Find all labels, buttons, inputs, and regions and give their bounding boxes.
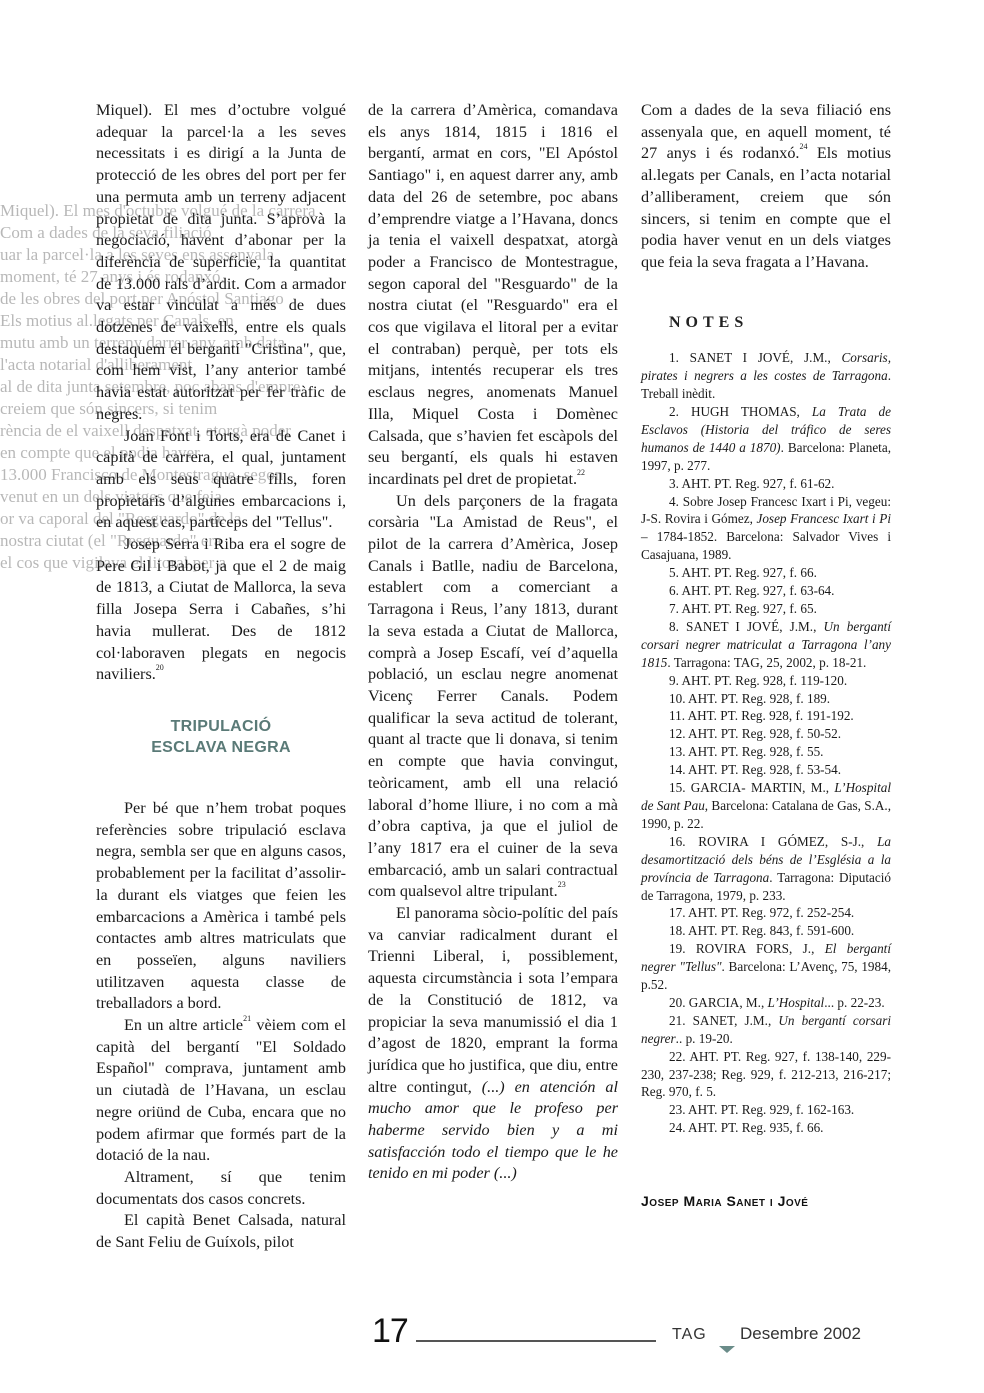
note-item: 21. SANET, J.M., Un bergantí corsari neg… — [641, 1012, 891, 1048]
note-item: 1. SANET I JOVÉ, J.M., Corsaris, pirates… — [641, 349, 891, 403]
paragraph: Joan Font i Torts, era de Canet i capità… — [96, 426, 346, 535]
note-text: 16. ROVIRA I GÓMEZ, S-J., — [669, 834, 877, 849]
note-item: 24. AHT. PT. Reg. 935, f. 66. — [641, 1119, 891, 1137]
note-text: 14. AHT. PT. Reg. 928, f. 53-54. — [669, 762, 841, 777]
note-text: 18. AHT. PT. Reg. 843, f. 591-600. — [669, 923, 854, 938]
footnote-ref: 23 — [558, 880, 566, 889]
note-text: 15. GARCIA- MARTIN, M., — [669, 780, 834, 795]
magazine-name: TAG — [672, 1326, 707, 1344]
note-item: 8. SANET I JOVÉ, J.M., Un bergantí corsa… — [641, 618, 891, 672]
note-text: 3. AHT. PT. Reg. 927, f. 61-62. — [669, 476, 834, 491]
paragraph: El capità Benet Calsada, natural de Sant… — [96, 1210, 346, 1253]
note-item: 17. AHT. PT. Reg. 972, f. 252-254. — [641, 904, 891, 922]
note-text: 9. AHT. PT. Reg. 928, f. 119-120. — [669, 673, 847, 688]
note-text: 2. HUGH THOMAS, — [669, 404, 812, 419]
section-heading: TRIPULACIÓ ESCLAVA NEGRA — [96, 716, 346, 758]
paragraph: Un dels parçoners de la fragata corsària… — [368, 491, 618, 903]
note-item: 22. AHT. PT. Reg. 927, f. 138-140, 229-2… — [641, 1048, 891, 1102]
note-item: 3. AHT. PT. Reg. 927, f. 61-62. — [641, 475, 891, 493]
note-text: 24. AHT. PT. Reg. 935, f. 66. — [669, 1120, 823, 1135]
note-title-italic: Josep Francesc Ixart i Pi — [756, 511, 891, 526]
paragraph: En un altre article21 vèiem com el capit… — [96, 1015, 346, 1167]
note-text: 5. AHT. PT. Reg. 927, f. 66. — [669, 565, 817, 580]
notes-list: 1. SANET I JOVÉ, J.M., Corsaris, pirates… — [641, 349, 891, 1137]
paragraph: Com a dades de la seva filiació ens asse… — [641, 100, 891, 274]
note-text: 17. AHT. PT. Reg. 972, f. 252-254. — [669, 905, 854, 920]
note-item: 19. ROVIRA FORS, J., El bergantí negrer … — [641, 940, 891, 994]
note-item: 5. AHT. PT. Reg. 927, f. 66. — [641, 564, 891, 582]
note-item: 12. AHT. PT. Reg. 928, f. 50-52. — [641, 725, 891, 743]
note-item: 16. ROVIRA I GÓMEZ, S-J., La desamortitz… — [641, 833, 891, 905]
note-text: .. p. 19-20. — [676, 1031, 733, 1046]
author-signature: Josep Maria Sanet i Jové — [641, 1191, 891, 1213]
note-item: 10. AHT. PT. Reg. 928, f. 189. — [641, 690, 891, 708]
note-text: 19. ROVIRA FORS, J., — [669, 941, 825, 956]
issue-date: Desembre 2002 — [740, 1324, 861, 1344]
article-column-1: Miquel). El mes d’octubre volgué adequar… — [96, 100, 346, 1254]
note-item: 2. HUGH THOMAS, La Trata de Esclavos (Hi… — [641, 403, 891, 475]
note-item: 4. Sobre Josep Francesc Ixart i Pi, vege… — [641, 493, 891, 565]
page-number: 17 — [372, 1312, 408, 1351]
note-text: 13. AHT. PT. Reg. 928, f. 55. — [669, 744, 823, 759]
note-text: 22. AHT. PT. Reg. 927, f. 138-140, 229-2… — [641, 1049, 891, 1100]
note-text: 1. SANET I JOVÉ, J.M., — [669, 350, 842, 365]
note-text: . Tarragona: TAG, 25, 2002, p. 18-21. — [667, 655, 866, 670]
paragraph: Josep Serra i Riba era el sogre de Pere … — [96, 534, 346, 686]
triangle-marker-icon — [719, 1346, 735, 1353]
note-text: 12. AHT. PT. Reg. 928, f. 50-52. — [669, 726, 841, 741]
paragraph: Altrament, sí que tenim documentats dos … — [96, 1167, 346, 1210]
note-text: 11. AHT. PT. Reg. 928, f. 191-192. — [669, 708, 854, 723]
note-item: 13. AHT. PT. Reg. 928, f. 55. — [641, 743, 891, 761]
paragraph: Per bé que n’hem trobat poques referènci… — [96, 798, 346, 1015]
note-item: 11. AHT. PT. Reg. 928, f. 191-192. — [641, 707, 891, 725]
footnote-ref: 22 — [577, 468, 585, 477]
article-column-3: Com a dades de la seva filiació ens asse… — [641, 100, 891, 1213]
note-item: 15. GARCIA- MARTIN, M., L’Hospital de Sa… — [641, 779, 891, 833]
page-footer: 17 TAG Desembre 2002 — [372, 1312, 892, 1352]
note-item: 20. GARCIA, M., L’Hospital... p. 22-23. — [641, 994, 891, 1012]
paragraph: de la carrera d’Amèrica, comandava els a… — [368, 100, 618, 491]
note-item: 6. AHT. PT. Reg. 927, f. 63-64. — [641, 582, 891, 600]
note-text: – 1784-1852. Barcelona: Salvador Vives i… — [641, 529, 891, 562]
footer-rule — [416, 1340, 656, 1342]
note-text: 21. SANET, J.M., — [669, 1013, 778, 1028]
note-item: 23. AHT. PT. Reg. 929, f. 162-163. — [641, 1101, 891, 1119]
note-title-italic: L’Hospital — [768, 995, 825, 1010]
note-text: 23. AHT. PT. Reg. 929, f. 162-163. — [669, 1102, 854, 1117]
footnote-ref: 20 — [156, 663, 164, 672]
note-text: 6. AHT. PT. Reg. 927, f. 63-64. — [669, 583, 834, 598]
note-item: 9. AHT. PT. Reg. 928, f. 119-120. — [641, 672, 891, 690]
note-text: 8. SANET I JOVÉ, J.M., — [669, 619, 824, 634]
footnote-ref: 21 — [243, 1014, 251, 1023]
note-text: 7. AHT. PT. Reg. 927, f. 65. — [669, 601, 817, 616]
note-item: 7. AHT. PT. Reg. 927, f. 65. — [641, 600, 891, 618]
article-column-2: de la carrera d’Amèrica, comandava els a… — [368, 100, 618, 1185]
note-item: 18. AHT. PT. Reg. 843, f. 591-600. — [641, 922, 891, 940]
paragraph: Miquel). El mes d’octubre volgué adequar… — [96, 100, 346, 426]
notes-title: NOTES — [669, 312, 891, 334]
paragraph: El panorama sòcio-polític del país va ca… — [368, 903, 618, 1185]
note-item: 14. AHT. PT. Reg. 928, f. 53-54. — [641, 761, 891, 779]
note-text: 10. AHT. PT. Reg. 928, f. 189. — [669, 691, 830, 706]
note-text: 20. GARCIA, M., — [669, 995, 768, 1010]
note-text: ... p. 22-23. — [824, 995, 884, 1010]
